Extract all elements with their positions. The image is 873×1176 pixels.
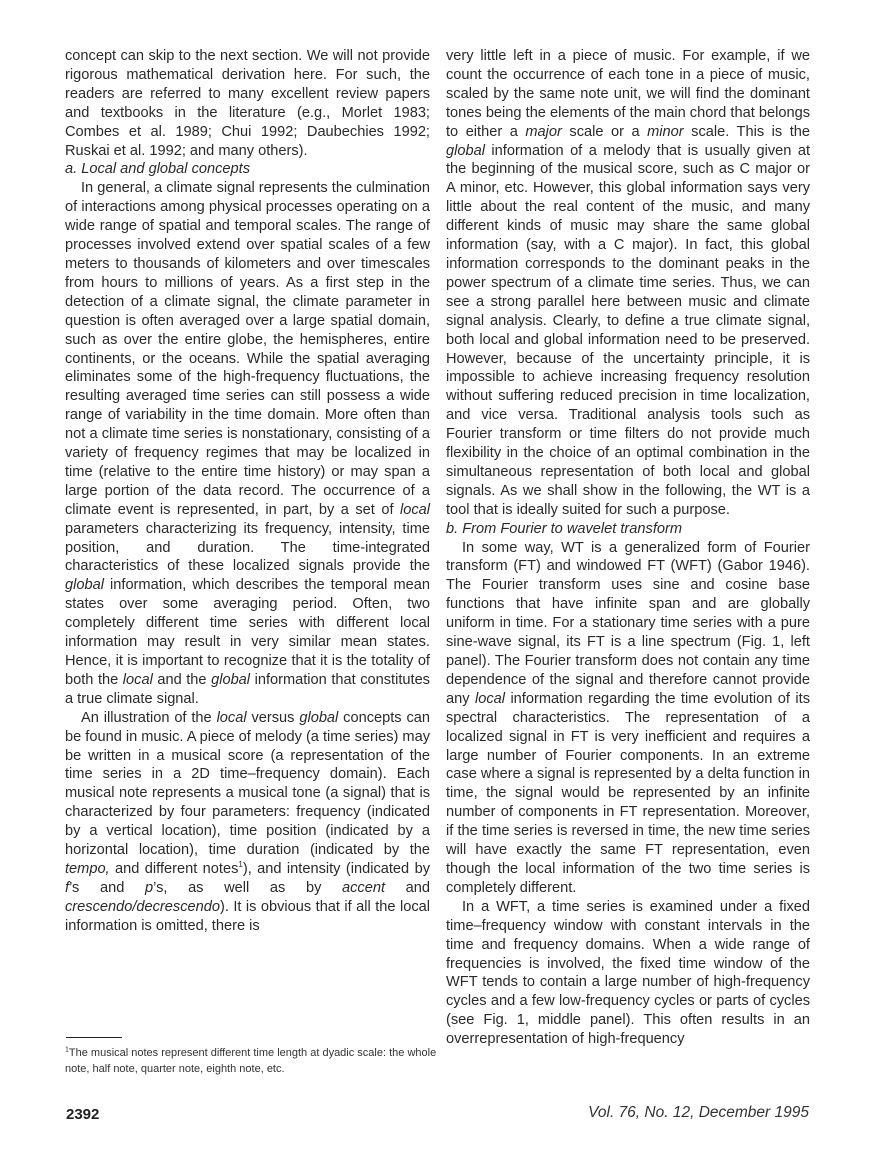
page-number: 2392 bbox=[66, 1106, 99, 1123]
footnote: 1The musical notes represent different t… bbox=[65, 1045, 440, 1077]
footnote-text: The musical notes represent different ti… bbox=[65, 1047, 436, 1075]
right-column: very little left in a piece of music. Fo… bbox=[446, 47, 810, 1049]
footnote-divider bbox=[66, 1037, 122, 1038]
section-a-paragraph-2: An illustration of the local versus glob… bbox=[65, 709, 430, 936]
journal-info: Vol. 76, No. 12, December 1995 bbox=[588, 1104, 809, 1122]
section-b-heading: b. From Fourier to wavelet transform bbox=[446, 520, 810, 539]
left-column: concept can skip to the next section. We… bbox=[65, 47, 430, 936]
section-a-heading: a. Local and global concepts bbox=[65, 160, 430, 179]
intro-paragraph: concept can skip to the next section. We… bbox=[65, 47, 430, 160]
section-b-paragraph-1: In some way, WT is a generalized form of… bbox=[446, 539, 810, 898]
section-b-paragraph-2: In a WFT, a time series is examined unde… bbox=[446, 898, 810, 1049]
section-a-paragraph-1: In general, a climate signal represents … bbox=[65, 179, 430, 708]
continued-paragraph: very little left in a piece of music. Fo… bbox=[446, 47, 810, 520]
